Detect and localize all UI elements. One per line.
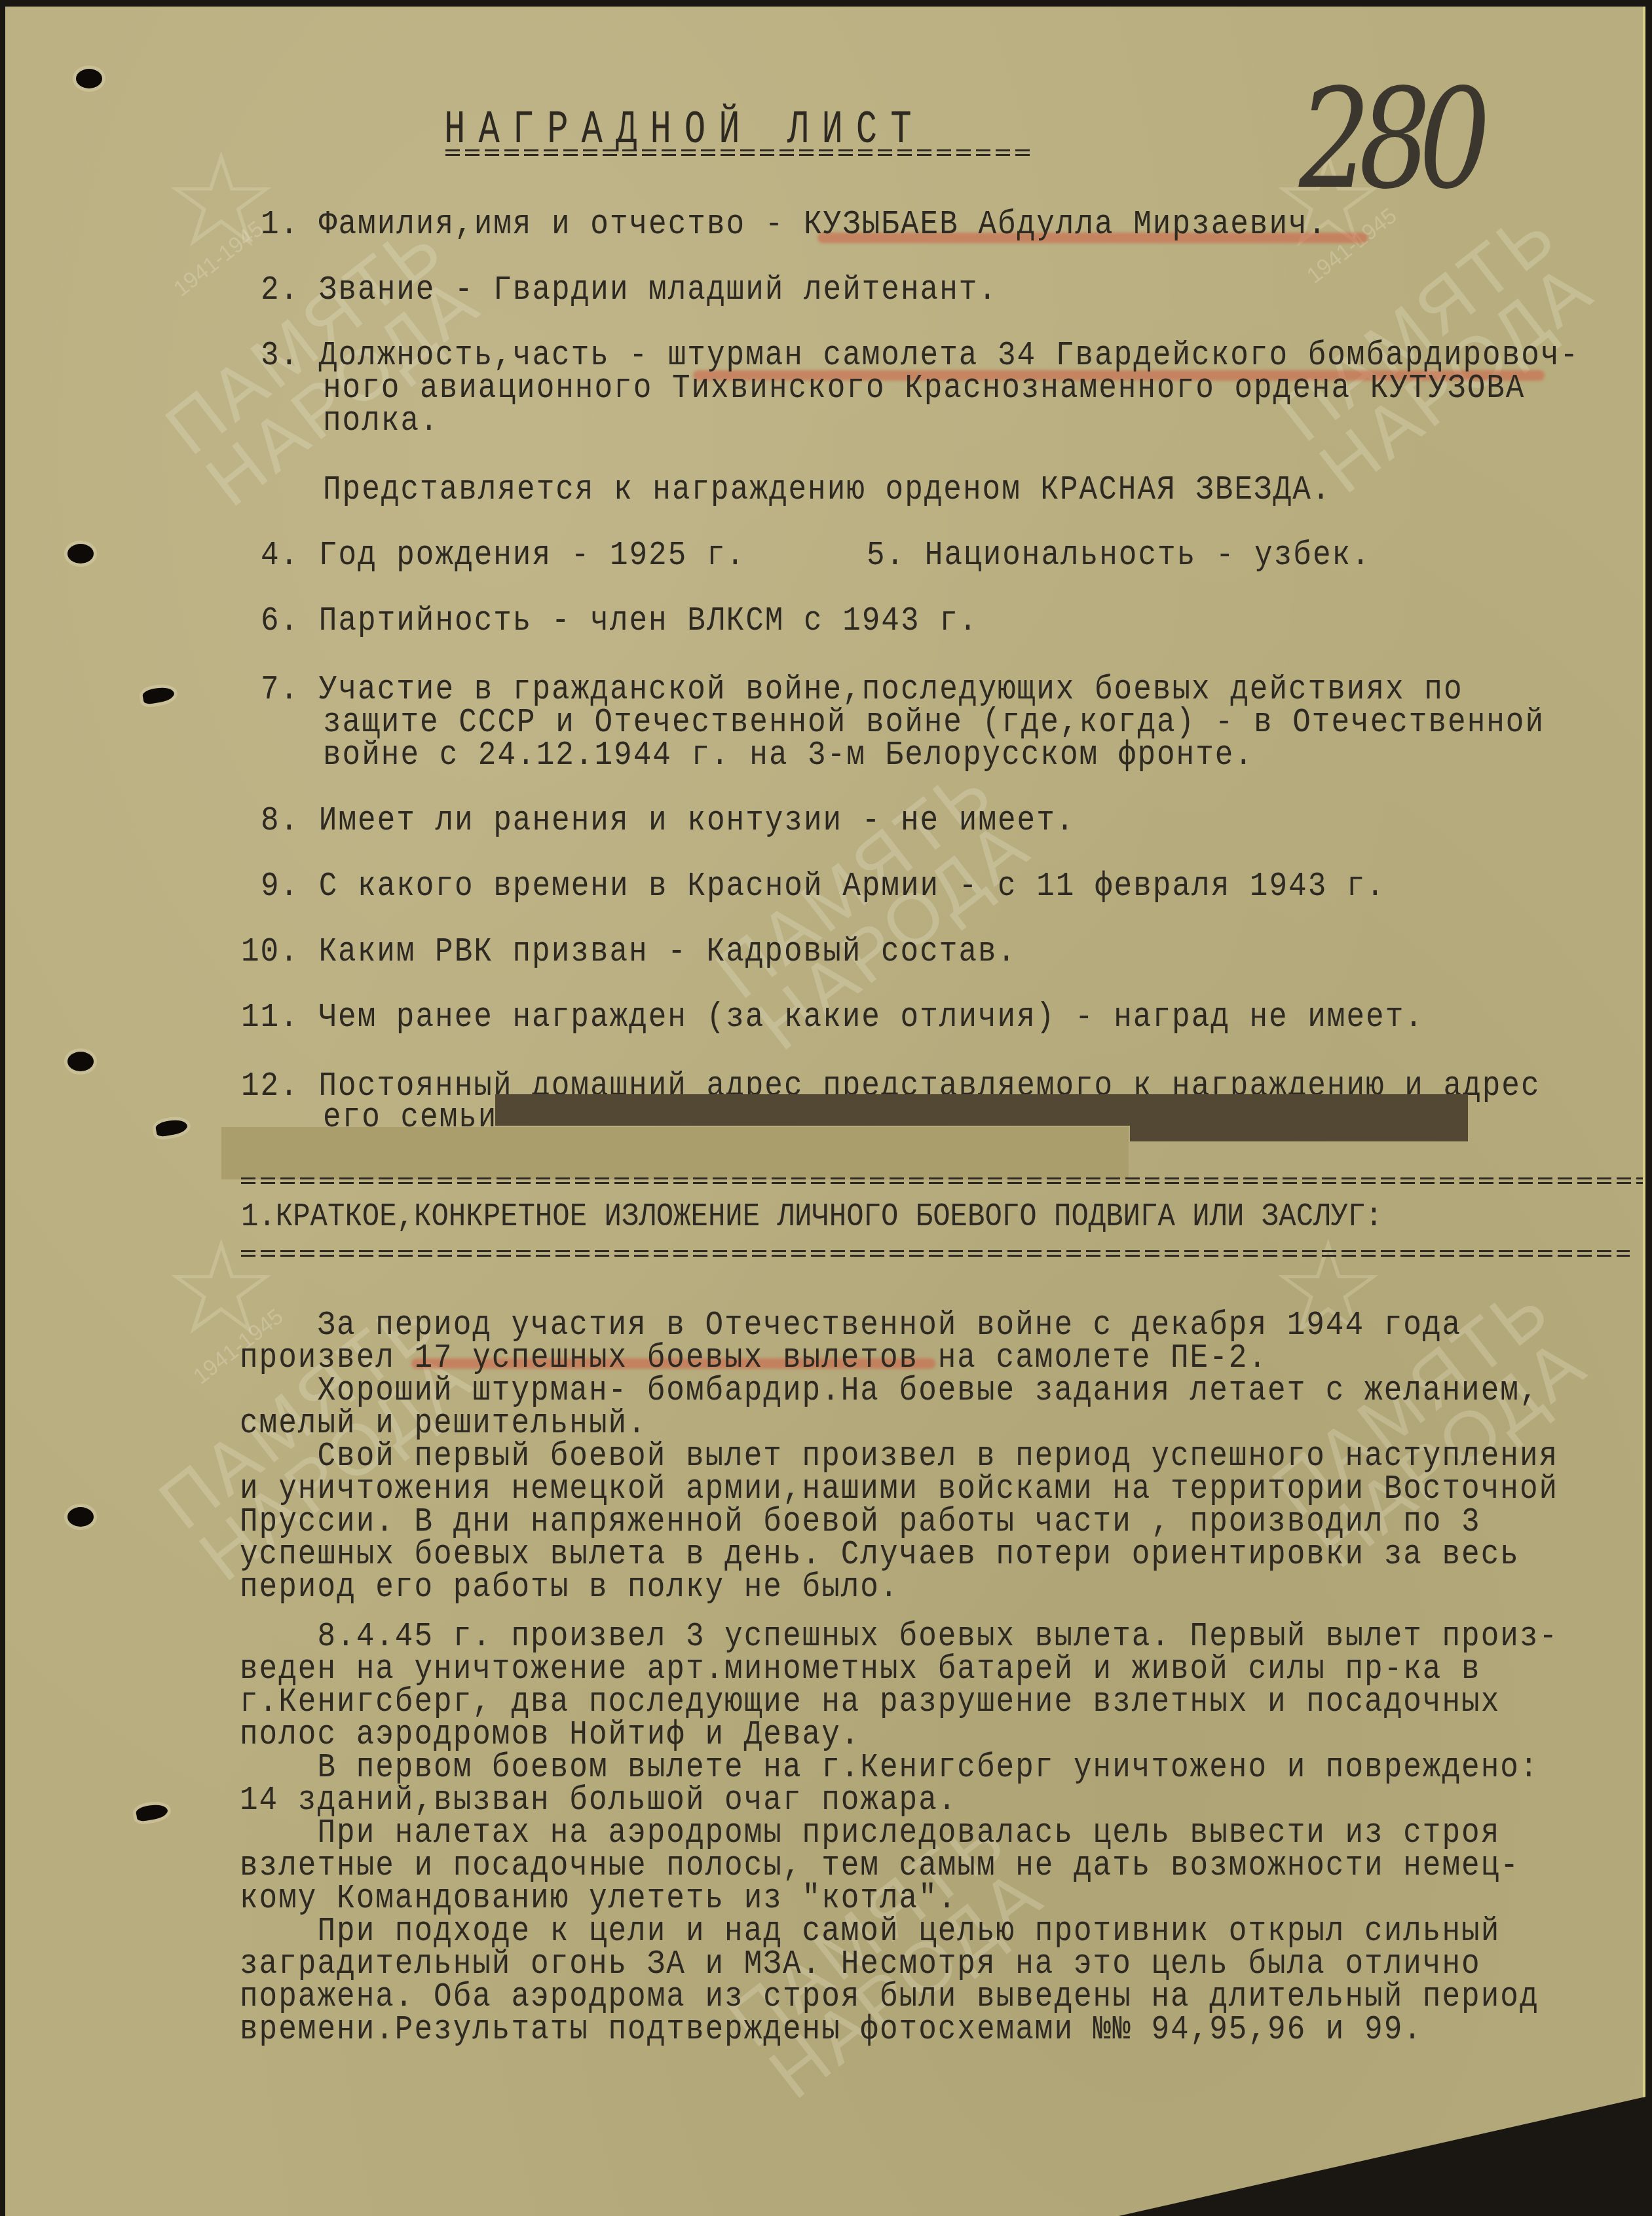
narrative-line: полос аэродромов Нойтиф и Девау. — [240, 1717, 860, 1753]
punch-hole — [135, 1803, 168, 1822]
narrative-line: кому Командованию улететь из "котла". — [240, 1881, 957, 1917]
narrative-line: взлетные и посадочные полосы, тем самым … — [240, 1848, 1520, 1884]
section-rule-bottom — [241, 1250, 1630, 1257]
narrative-line: Пруссии. В дни напряженной боевой работы… — [240, 1504, 1481, 1540]
narrative-line: В первом боевом вылете на г.Кенигсберг у… — [240, 1749, 1539, 1786]
field-6: 6. Партийность - член ВЛКСМ с 1943 г. — [261, 603, 978, 640]
narrative-line: Свой первый боевой вылет произвел в пери… — [240, 1438, 1558, 1475]
narrative-line: 8.4.45 г. произвел 3 успешных боевых выл… — [240, 1618, 1558, 1655]
title-underline — [445, 149, 1030, 156]
field-7-line-3: войне с 24.12.1944 г. на 3-м Белорусском… — [323, 737, 1254, 774]
award-nomination: Представляется к награждению орденом КРА… — [323, 472, 1331, 508]
punch-hole — [67, 544, 94, 564]
narrative-line: времени.Результаты подтверждены фотосхем… — [240, 2012, 1423, 2048]
narrative-line: 14 зданий,вызван большой очаг пожара. — [240, 1782, 957, 1819]
narrative-line: произвел 17 успешных боевых вылетов на с… — [240, 1340, 1267, 1377]
narrative-line: поражена. Оба аэродрома из строя были вы… — [240, 1979, 1539, 2015]
field-9: 9. С какого времени в Красной Армии - с … — [261, 868, 1385, 905]
handwritten-page-number: 280 — [1299, 59, 1479, 220]
redacted-address — [1130, 1120, 1468, 1141]
punch-hole — [155, 1118, 188, 1137]
field-5: 5. Национальность - узбек. — [867, 537, 1371, 574]
field-10: 10. Каким РВК призван - Кадровый состав. — [241, 934, 1017, 970]
narrative-line: и уничтожения немецкой армии,нашими войс… — [240, 1471, 1558, 1508]
field-1: 1. Фамилия,имя и отчество - КУЗЫБАЕВ Абд… — [261, 206, 1327, 243]
field-8: 8. Имеет ли ранения и контузии - не имее… — [261, 803, 1075, 839]
field-7-line-2: защите СССР и Отечественной войне (где,к… — [323, 704, 1545, 741]
field-11: 11. Чем ранее награжден (за какие отличи… — [241, 999, 1424, 1036]
field-3: 3. Должность,часть - штурман самолета 34… — [261, 337, 1579, 374]
section-rule-top — [241, 1177, 1643, 1184]
field-2: 2. Звание - Гвардии младший лейтенант. — [261, 272, 998, 309]
award-sheet-page: ☆ 1941-1945 ПАМЯТЬ НАРОДА ☆ 1941-1945 ПА… — [5, 7, 1645, 2216]
narrative-line: При подходе к цели и над самой целью про… — [240, 1913, 1500, 1950]
section-heading: 1.КРАТКОЕ,КОНКРЕТНОЕ ИЗЛОЖЕНИЕ ЛИЧНОГО Б… — [241, 1199, 1383, 1236]
field-3-line-2: ного авиационного Тихвинского Краснознам… — [323, 370, 1525, 407]
narrative-line: веден на уничтожение арт.минометных бата… — [240, 1651, 1481, 1688]
punch-hole — [67, 1507, 94, 1527]
punch-hole — [76, 69, 102, 88]
redaction-overlay — [221, 1127, 1129, 1179]
narrative-line: успешных боевых вылета в день. Случаев п… — [240, 1537, 1520, 1573]
narrative-line: За период участия в Отечественной войне … — [240, 1307, 1461, 1344]
field-4: 4. Год рождения - 1925 г. — [261, 537, 745, 574]
field-7: 7. Участие в гражданской войне,последующ… — [261, 672, 1463, 708]
narrative-line: При налетах на аэродромы приследовалась … — [240, 1815, 1500, 1852]
punch-hole — [67, 1052, 94, 1071]
narrative-line: заградительный огонь ЗА и МЗА. Несмотря … — [240, 1946, 1481, 1983]
narrative-line: Хороший штурман- бомбардир.На боевые зад… — [240, 1373, 1539, 1409]
narrative-line: период его работы в полку не было. — [240, 1569, 899, 1606]
field-3-line-3: полка. — [323, 403, 440, 440]
narrative-line: г.Кенигсберг, два последующие на разруше… — [240, 1684, 1500, 1721]
punch-hole — [141, 685, 175, 705]
narrative-line: смелый и решительный. — [240, 1405, 647, 1442]
